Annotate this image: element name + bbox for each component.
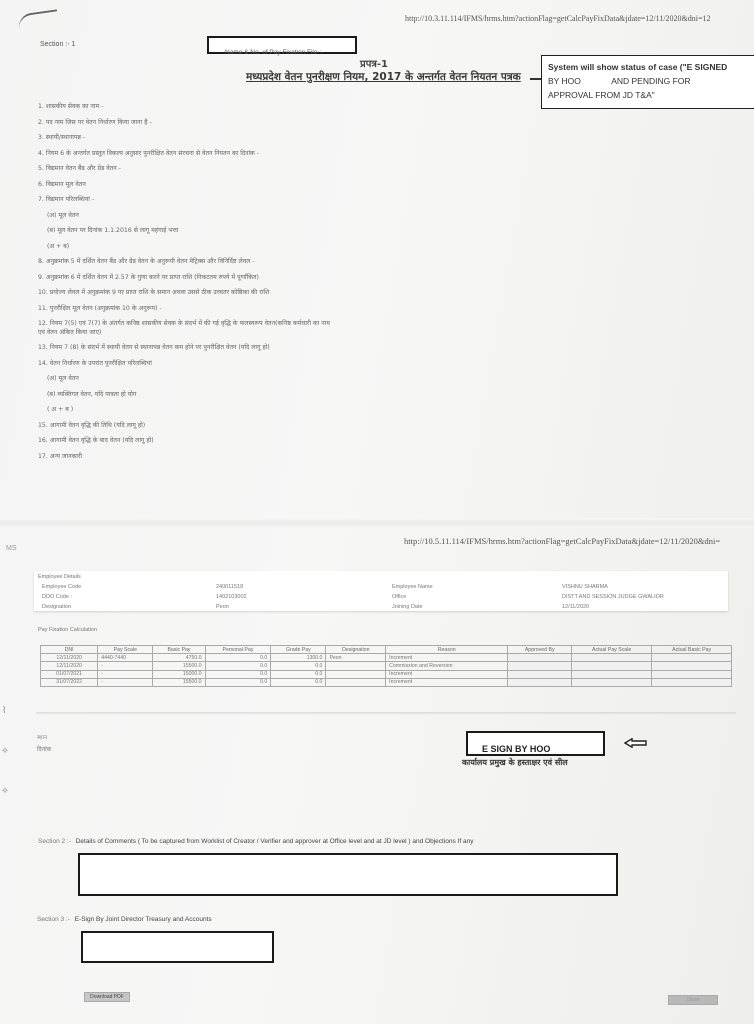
scan-edge-marks: ⌇⟡⟡ [2, 690, 8, 810]
form-item: 14. वेतन निर्धारण के उपरांत पुनरीक्षित प… [38, 360, 338, 369]
employee-field-value: 12/11/2020 [562, 604, 589, 610]
form-item: 13. नियम 7 (8) के संदर्भ में स्थायी वेतन… [38, 344, 338, 353]
employee-field-label: Employee Name [392, 584, 433, 590]
employee-details-card [34, 571, 728, 611]
place-label: स्थान [37, 733, 47, 741]
form-item: 9. अनुक्रमांक 6 में दर्शित वेतन में 2.57… [38, 274, 338, 283]
table-cell: Commission and Reversion [386, 662, 508, 670]
column-header: DNI [41, 646, 98, 654]
table-cell [572, 654, 652, 662]
table-cell [326, 662, 386, 670]
column-header: Designation [326, 646, 386, 654]
table-cell: 0.0 [271, 670, 326, 678]
section2-heading: Section 2 :- Details of Comments ( To be… [38, 838, 473, 845]
table-cell [326, 670, 386, 678]
form-item: 16. आगामी वेतन वृद्धि के बाद वेतन (यदि ल… [38, 437, 338, 446]
table-cell: Increment [386, 654, 508, 662]
form-item: 4. नियम 6 के अन्तर्गत प्रस्तुत विकल्प अन… [38, 150, 338, 159]
form-item: 10. प्रयोज्य लेवल में अनुक्रमांक 9 पर प्… [38, 289, 338, 298]
status-note-box: System will show status of case ("E SIGN… [541, 55, 754, 109]
employee-field-label: Joining Date [392, 604, 423, 610]
table-row: 31/07/2022-15500.00.00.0Increment [41, 678, 732, 686]
form-item: (ब) व्यक्तिगत वेतन, यदि पात्रता हो योग [38, 391, 338, 400]
table-cell: - [98, 678, 153, 686]
table-cell: 31/07/2022 [41, 678, 98, 686]
column-header: Actual Pay Scale [572, 646, 652, 654]
table-cell: 0.0 [205, 670, 271, 678]
form-item: (ब) मूल वेतन पर दिनांक 1.1.2016 से लागू … [38, 227, 338, 236]
form-item: 3. स्थायी/स्थानापन्न - [38, 134, 338, 143]
form-item: 8. अनुक्रमांक 5 में दर्शित वेतन बैंड और … [38, 258, 338, 267]
table-cell: - [98, 662, 153, 670]
table-cell [572, 678, 652, 686]
arrow-left-icon [624, 738, 648, 748]
table-cell: 4750.0 [153, 654, 205, 662]
table-cell: 0.0 [205, 654, 271, 662]
pay-fixation-header-row: DNIPay ScaleBasic PayPersonal PayGrade P… [41, 646, 732, 654]
table-cell: Increment [386, 670, 508, 678]
form-item: 6. विद्यमान मूल वेतन [38, 181, 338, 190]
form-item: (अ) मूल वेतन [38, 375, 338, 384]
employee-field-value: DISTT.AND SESSION JUDGE GWALIOR [562, 594, 664, 600]
section3-label: Section 3 :- [37, 916, 70, 923]
column-header: Basic Pay [153, 646, 205, 654]
comments-box[interactable] [78, 853, 618, 896]
form-item: 15. आगामी वेतन वृद्धि की तिथि (यदि लागू … [38, 422, 338, 431]
page-divider [0, 518, 754, 528]
download-pdf-button[interactable]: Download PDF [84, 992, 130, 1002]
table-cell [508, 678, 572, 686]
employee-field-value: VISHNU SHARMA [562, 584, 608, 590]
jd-esign-box[interactable] [81, 931, 274, 963]
status-note-line2a: BY HOO [548, 76, 581, 86]
form-item: 17. अन्य जानकारी [38, 453, 338, 462]
column-header: Approved By [508, 646, 572, 654]
table-cell: 15000.0 [153, 670, 205, 678]
table-cell [326, 678, 386, 686]
corner-text: MS [6, 545, 17, 552]
status-note-line3: APPROVAL FROM JD T&A" [548, 88, 754, 102]
form-heading: मध्यप्रदेश वेतन पुनरीक्षण नियम, 2017 के … [246, 70, 521, 84]
form-item: (अ) मूल वेतन [38, 212, 338, 221]
employee-field-value: Peon [216, 604, 229, 610]
table-cell [652, 662, 732, 670]
table-cell: 0.0 [205, 678, 271, 686]
column-header: Personal Pay [205, 646, 271, 654]
employee-field-label: Employee Code [42, 584, 81, 590]
form-item: 12. नियम 7(5) एवं 7(7) के अंतर्गत कनिष्ठ… [38, 320, 338, 337]
table-cell: 0.0 [271, 662, 326, 670]
form-item: 1. शासकीय सेवक का नाम - [38, 103, 338, 112]
table-cell [508, 654, 572, 662]
page1-url: http://10.3.11.114/IFMS/hrms.htm?actionF… [405, 14, 711, 23]
section2-label: Section 2 :- [38, 838, 71, 845]
table-cell [508, 662, 572, 670]
table-cell [652, 670, 732, 678]
table-cell: 01/07/2021 [41, 670, 98, 678]
table-cell: Increment [386, 678, 508, 686]
section3-text: E-Sign By Joint Director Treasury and Ac… [75, 916, 212, 923]
pay-fixation-file-label: Name & No. of Pay Fixation File :- [225, 49, 323, 56]
employee-field-value: 240011518 [216, 584, 243, 590]
table-row: 01/07/2021-15000.00.00.0Increment [41, 670, 732, 678]
table-cell: 1300.0 [271, 654, 326, 662]
table-row: 12/11/2020-15500.00.00.0Commission and R… [41, 662, 732, 670]
table-cell: 15500.0 [153, 662, 205, 670]
table-cell: 0.0 [271, 678, 326, 686]
table-shadow [36, 712, 736, 715]
status-note-line2: BY HOO AND PENDING FOR [548, 74, 754, 88]
form-item: 5. विद्यमान वेतन बैंड और ग्रेड वेतन - [38, 165, 338, 174]
table-cell [508, 670, 572, 678]
form-item: 2. पद नाम जिस पर वेतन निर्धारण किया जाना… [38, 119, 338, 128]
table-cell [652, 654, 732, 662]
table-cell: 15500.0 [153, 678, 205, 686]
section2-text: Details of Comments ( To be captured fro… [76, 838, 474, 845]
section1-label: Section :- 1 [40, 41, 75, 48]
status-note-line1: System will show status of case ("E SIGN… [548, 60, 754, 74]
table-cell [572, 670, 652, 678]
status-note-line2b: AND PENDING FOR [611, 76, 690, 86]
employee-field-label: Designation [42, 604, 71, 610]
esign-hoo-box: E SIGN BY HOO [466, 731, 605, 756]
form-item: (अ + ब) [38, 243, 338, 252]
table-cell: 4440-7440 [98, 654, 153, 662]
employee-field-label: Office [392, 594, 406, 600]
table-cell: 0.0 [205, 662, 271, 670]
form-number: प्रपत्र-1 [360, 56, 388, 70]
pay-fixation-table: DNIPay ScaleBasic PayPersonal PayGrade P… [40, 645, 732, 687]
close-button[interactable]: Close [668, 995, 718, 1005]
employee-details-heading: Employee Details [38, 574, 81, 580]
esign-hoo-caption: कार्यालय प्रमुख के हस्ताक्षर एवं सील [462, 757, 568, 768]
table-cell: Peon [326, 654, 386, 662]
table-cell: - [98, 670, 153, 678]
table-cell [572, 662, 652, 670]
esign-hoo-label: E SIGN BY HOO [482, 744, 550, 754]
form-item-list: 1. शासकीय सेवक का नाम -2. पद नाम जिस पर … [38, 103, 338, 468]
table-cell: 12/11/2020 [41, 662, 98, 670]
page2-url: http://10.5.11.114/IFMS/hrms.htm?actionF… [404, 536, 720, 546]
column-header: Actual Basic Pay [652, 646, 732, 654]
employee-field-value: 1402103002 [216, 594, 247, 600]
column-header: Pay Scale [98, 646, 153, 654]
table-cell [652, 678, 732, 686]
form-item: ( अ + ब ) [38, 406, 338, 415]
pay-fixation-file-box: Name & No. of Pay Fixation File :- [207, 36, 357, 54]
page-curl-mark [17, 9, 59, 28]
form-item: 11. पुनरीक्षित मूल वेतन (अनुक्रमांक 10 क… [38, 305, 338, 314]
column-header: Reason [386, 646, 508, 654]
pay-fixation-heading: Pay Fixation Calculation [38, 627, 97, 633]
form-item: 7. विद्यमान परिलब्धियां - [38, 196, 338, 205]
section3-heading: Section 3 :- E-Sign By Joint Director Tr… [37, 916, 212, 923]
column-header: Grade Pay [271, 646, 326, 654]
table-cell: 12/11/2020 [41, 654, 98, 662]
employee-field-label: DDO Code : [42, 594, 72, 600]
date-label: दिनांक [37, 745, 51, 753]
table-row: 12/11/20204440-74404750.00.01300.0PeonIn… [41, 654, 732, 662]
